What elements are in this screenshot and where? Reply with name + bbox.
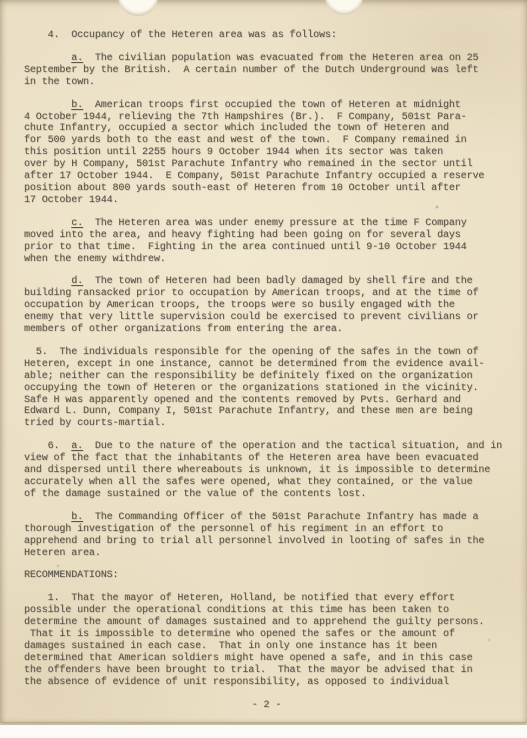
paragraph-text: Due to the nature of the operation and t… bbox=[24, 441, 502, 500]
paragraph-label: b. bbox=[71, 512, 83, 523]
paragraph-prefix: 5. bbox=[24, 347, 59, 358]
subparagraph-6a-nature-of-operation: 6. a. Due to the nature of the operation… bbox=[24, 441, 509, 501]
paragraph-text: American troops first occupied the town … bbox=[24, 100, 484, 206]
paragraph-prefix bbox=[24, 100, 71, 111]
paragraph-prefix: 1. bbox=[24, 593, 71, 604]
paragraph-text: That the mayor of Heteren, Holland, be n… bbox=[24, 593, 484, 687]
paragraph-text: The civilian population was evacuated fr… bbox=[24, 53, 478, 88]
page-number: - 2 - bbox=[24, 700, 509, 712]
subparagraph-4b-american-troops: b. American troops first occupied the to… bbox=[24, 100, 509, 207]
document-scan: 4. Occupancy of the Heteren area was as … bbox=[0, 0, 527, 738]
subparagraph-6b-commanding-officer: b. The Commanding Officer of the 501st P… bbox=[24, 512, 509, 560]
document-page: 4. Occupancy of the Heteren area was as … bbox=[0, 0, 527, 723]
paragraph-prefix bbox=[24, 218, 71, 229]
paragraph-prefix: 4. bbox=[24, 30, 71, 41]
paragraph-prefix bbox=[24, 53, 71, 64]
recommendation-1-mayor-notified: 1. That the mayor of Heteren, Holland, b… bbox=[24, 593, 509, 688]
paragraph-text: The Heteren area was under enemy pressur… bbox=[24, 218, 467, 265]
subparagraph-4d-town-damaged: d. The town of Heteren had been badly da… bbox=[24, 276, 509, 336]
recommendations-heading: RECOMMENDATIONS: bbox=[24, 570, 509, 582]
punch-hole-right bbox=[325, 0, 363, 15]
paragraph-text: The individuals responsible for the open… bbox=[24, 347, 484, 429]
paragraph-label: c. bbox=[71, 218, 83, 229]
paragraph-5-individuals-responsible: 5. The individuals responsible for the o… bbox=[24, 347, 509, 430]
paragraph-label: a. bbox=[71, 53, 83, 64]
paragraph-text: RECOMMENDATIONS: bbox=[24, 570, 118, 581]
paragraph-text: The town of Heteren had been badly damag… bbox=[24, 276, 478, 335]
paragraph-text: The Commanding Officer of the 501st Para… bbox=[24, 512, 484, 559]
paragraph-label: b. bbox=[71, 100, 83, 111]
paragraph-4-occupancy: 4. Occupancy of the Heteren area was as … bbox=[24, 30, 509, 42]
paragraph-label: a. bbox=[71, 441, 83, 452]
punch-hole-left bbox=[118, 0, 158, 16]
scanner-bottom-edge bbox=[0, 724, 527, 738]
paragraph-prefix bbox=[24, 276, 71, 287]
paragraph-prefix bbox=[24, 512, 71, 523]
document-body: 4. Occupancy of the Heteren area was as … bbox=[24, 30, 509, 712]
subparagraph-4c-enemy-pressure: c. The Heteren area was under enemy pres… bbox=[24, 218, 509, 266]
paragraph-label: d. bbox=[71, 276, 83, 287]
paragraph-text: Occupancy of the Heteren area was as fol… bbox=[71, 30, 337, 41]
paragraph-prefix: 6. bbox=[24, 441, 71, 452]
subparagraph-4a-civilian-population: a. The civilian population was evacuated… bbox=[24, 53, 509, 89]
